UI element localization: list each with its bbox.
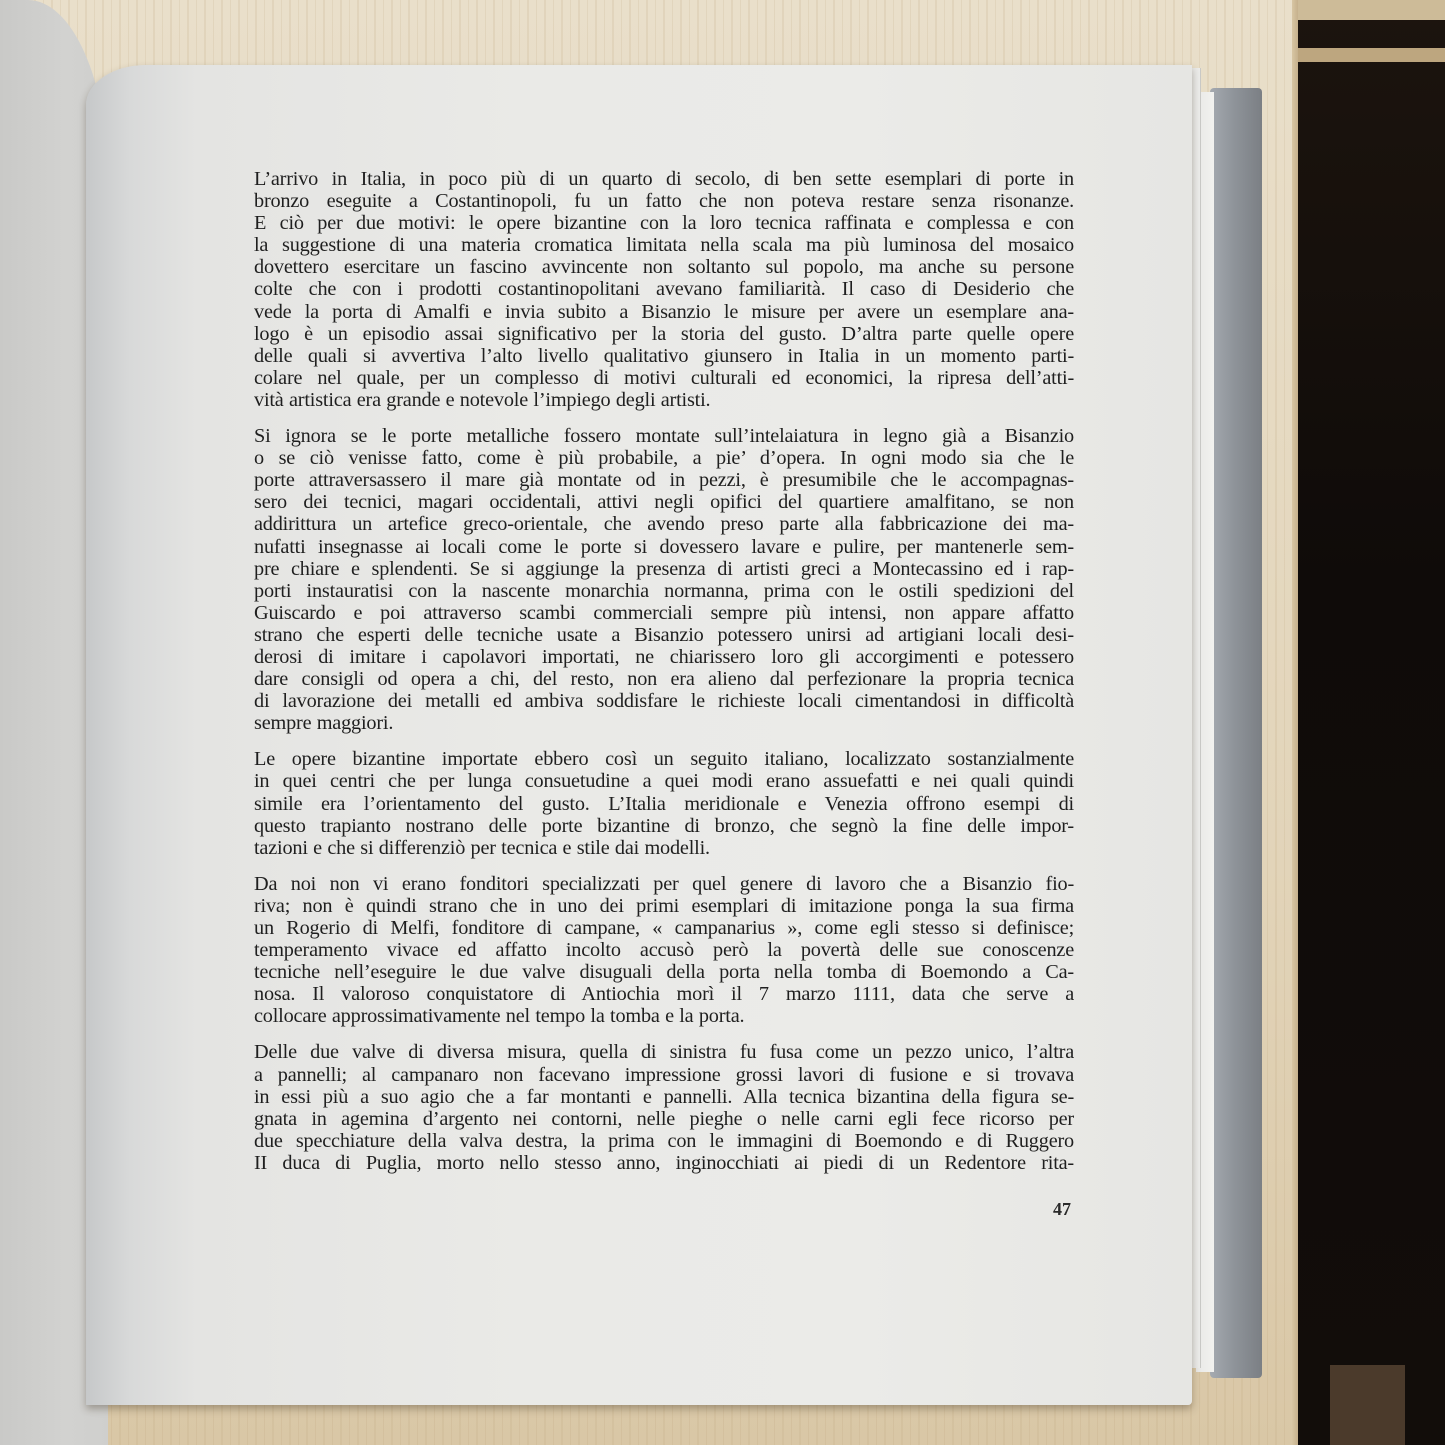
text-line: a pannelli; al campanaro non facevano im…: [254, 1064, 1074, 1086]
text-line: gnata in agemina d’argento nei contorni,…: [254, 1108, 1074, 1130]
text-line: derosi di imitare i capolavori importati…: [254, 646, 1074, 668]
text-line: L’arrivo in Italia, in poco più di un qu…: [254, 168, 1074, 190]
text-line: in quei centri che per lunga consuetudin…: [254, 770, 1074, 792]
page-body-text: L’arrivo in Italia, in poco più di un qu…: [254, 168, 1074, 1188]
text-line: strano che esperti delle tecniche usate …: [254, 624, 1074, 646]
text-line: E ciò per due motivi: le opere bizantine…: [254, 212, 1074, 234]
text-line: riva; non è quindi strano che in uno dei…: [254, 895, 1074, 917]
text-line: collocare approssimativamente nel tempo …: [254, 1005, 1074, 1027]
text-line: Delle due valve di diversa misura, quell…: [254, 1041, 1074, 1063]
text-line: Da noi non vi erano fonditori specializz…: [254, 873, 1074, 895]
text-line: sero dei tecnici, magari occidentali, at…: [254, 491, 1074, 513]
text-line: bronzo eseguite a Costantinopoli, fu un …: [254, 190, 1074, 212]
paragraph-2: Si ignora se le porte metalliche fossero…: [254, 425, 1074, 734]
text-line: delle quali si avvertiva l’alto livello …: [254, 345, 1074, 367]
shelf-top-board: [1298, 0, 1445, 20]
text-line: dare consigli od opera a chi, del resto,…: [254, 668, 1074, 690]
text-line: porte attraversassero il mare già montat…: [254, 469, 1074, 491]
text-line: tecniche nell’eseguire le due valve disu…: [254, 961, 1074, 983]
text-line: di lavorazione dei metalli ed ambiva sod…: [254, 690, 1074, 712]
text-line: Le opere bizantine importate ebbero così…: [254, 748, 1074, 770]
text-line: colte che con i prodotti costantinopolit…: [254, 278, 1074, 300]
paragraph-5: Delle due valve di diversa misura, quell…: [254, 1041, 1074, 1174]
text-line: porti instauratisi con la nascente monar…: [254, 580, 1074, 602]
text-line: temperamento vivace ed affatto incolto a…: [254, 939, 1074, 961]
text-line: un Rogerio di Melfi, fonditore di campan…: [254, 917, 1074, 939]
text-line: Si ignora se le porte metalliche fossero…: [254, 425, 1074, 447]
text-line: vede la porta di Amalfi e invia subito a…: [254, 301, 1074, 323]
text-line: colare nel quale, per un complesso di mo…: [254, 367, 1074, 389]
text-line: sempre maggiori.: [254, 712, 1074, 734]
shelf-bottom-block: [1330, 1365, 1405, 1445]
text-line: la suggestione di una materia cromatica …: [254, 234, 1074, 256]
text-line: questo trapianto nostrano delle porte bi…: [254, 815, 1074, 837]
paragraph-3: Le opere bizantine importate ebbero così…: [254, 748, 1074, 858]
paragraph-4: Da noi non vi erano fonditori specializz…: [254, 873, 1074, 1028]
text-line: due specchiature della valva destra, la …: [254, 1130, 1074, 1152]
text-line: nufatti insegnasse ai locali come le por…: [254, 536, 1074, 558]
book-cover-edge: [1210, 88, 1262, 1378]
dark-shelf-background: [1298, 0, 1445, 1445]
text-line: nosa. Il valoroso conquistatore di Antio…: [254, 983, 1074, 1005]
text-line: logo è un episodio assai significativo p…: [254, 323, 1074, 345]
text-line: vità artistica era grande e notevole l’i…: [254, 389, 1074, 411]
shelf-band: [1298, 48, 1445, 62]
text-line: in essi più a suo agio che a far montant…: [254, 1086, 1074, 1108]
text-line: II duca di Puglia, morto nello stesso an…: [254, 1152, 1074, 1174]
text-line: addirittura un artefice greco-orientale,…: [254, 513, 1074, 535]
text-line: simile era l’orientamento del gusto. L’I…: [254, 793, 1074, 815]
text-line: Guiscardo e poi attraverso scambi commer…: [254, 602, 1074, 624]
paragraph-1: L’arrivo in Italia, in poco più di un qu…: [254, 168, 1074, 411]
text-line: tazioni e che si differenziò per tecnica…: [254, 837, 1074, 859]
text-line: dovettero esercitare un fascino avvincen…: [254, 256, 1074, 278]
page-number: 47: [1053, 1199, 1071, 1220]
text-line: o se ciò venisse fatto, come è più proba…: [254, 447, 1074, 469]
text-line: pre chiare e splendenti. Se si aggiunge …: [254, 558, 1074, 580]
